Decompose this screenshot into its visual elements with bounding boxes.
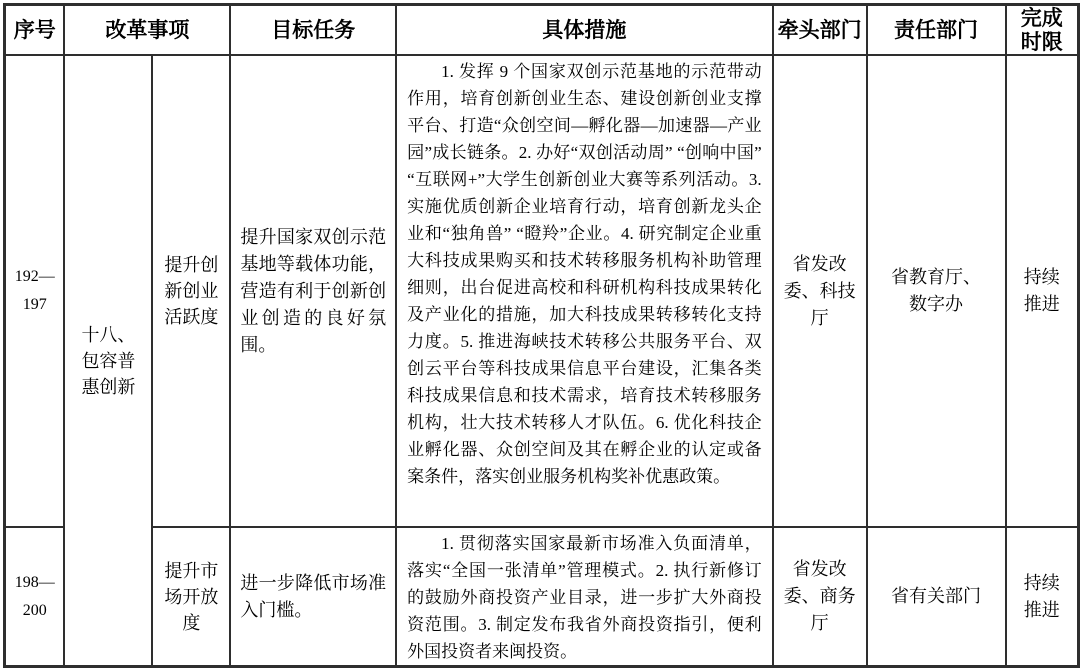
lead-dept-cell-row2: 省发改委、商务厅 [773, 527, 867, 667]
target-task-cell-row1: 提升国家双创示范基地等载体功能，营造有利于创新创业创造的良好氛围。 [230, 55, 396, 527]
lead-dept-cell-row1: 省发改委、科技厅 [773, 55, 867, 527]
measures-cell-row1: 1. 发挥 9 个国家双创示范基地的示范带动作用，培育创新创业生态、建设创新创业… [396, 55, 773, 527]
measures-text-row1: 1. 发挥 9 个国家双创示范基地的示范带动作用，培育创新创业生态、建设创新创业… [407, 58, 762, 490]
measures-text-row2: 1. 贯彻落实国家最新市场准入负面清单，落实“全国一张清单”管理模式。2. 执行… [407, 530, 762, 665]
target-task-cell-row2: 进一步降低市场准入门槛。 [230, 527, 396, 667]
measures-cell-row2: 1. 贯彻落实国家最新市场准入负面清单，落实“全国一张清单”管理模式。2. 执行… [396, 527, 773, 667]
serial-cell-row1: 192—197 [5, 55, 65, 527]
serial-cell-row2: 198—200 [5, 527, 65, 667]
deadline-cell-row2: 持续推进 [1006, 527, 1079, 667]
resp-dept-cell-row2: 省有关部门 [867, 527, 1006, 667]
header-lead-dept: 牵头部门 [773, 5, 867, 56]
header-reform-item: 改革事项 [64, 5, 230, 56]
resp-dept-cell-row1: 省教育厅、数字办 [867, 55, 1006, 527]
deadline-cell-row1: 持续推进 [1006, 55, 1079, 527]
reform-item-cell-row1: 提升创新创业活跃度 [152, 55, 230, 527]
header-deadline: 完成时限 [1006, 5, 1079, 56]
table-header-row: 序号 改革事项 目标任务 具体措施 牵头部门 责任部门 完成时限 [5, 5, 1079, 56]
header-resp-dept: 责任部门 [867, 5, 1006, 56]
header-serial: 序号 [5, 5, 65, 56]
reform-item-cell-row2: 提升市场开放度 [152, 527, 230, 667]
reform-measures-table: 序号 改革事项 目标任务 具体措施 牵头部门 责任部门 完成时限 192—197… [3, 3, 1080, 668]
reform-category-cell: 十八、包容普惠创新 [64, 55, 152, 667]
header-target-task: 目标任务 [230, 5, 396, 56]
table-row: 198—200 提升市场开放度 进一步降低市场准入门槛。 1. 贯彻落实国家最新… [5, 527, 1079, 667]
table-row: 192—197 十八、包容普惠创新 提升创新创业活跃度 提升国家双创示范基地等载… [5, 55, 1079, 527]
header-measures: 具体措施 [396, 5, 773, 56]
